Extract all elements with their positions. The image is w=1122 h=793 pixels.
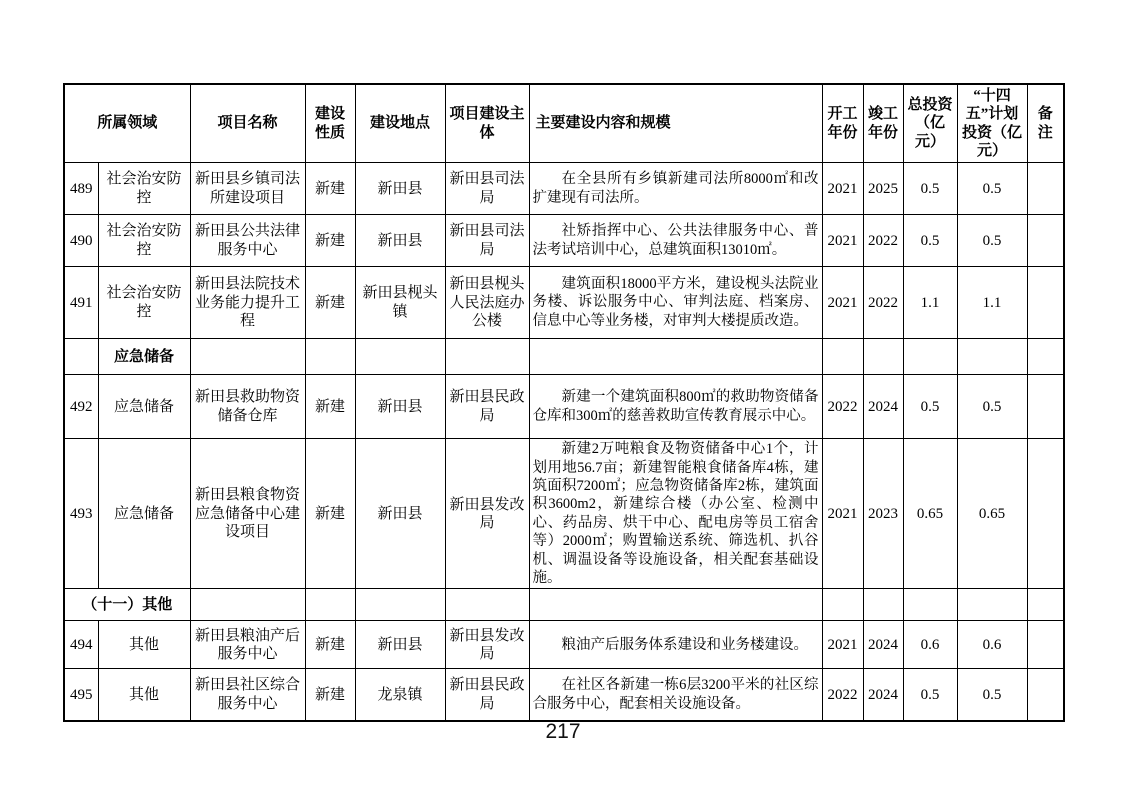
cell-start-year: 2021 — [822, 215, 863, 267]
cell-no: 492 — [64, 375, 98, 439]
project-table: 所属领域 项目名称 建设性质 建设地点 项目建设主体 主要建设内容和规模 开工年… — [63, 83, 1065, 722]
cell-start-year — [822, 339, 863, 375]
col-header-content: 主要建设内容和规模 — [529, 84, 822, 163]
cell-field: 社会治安防控 — [98, 163, 190, 215]
cell-plan-investment: 0.5 — [957, 215, 1027, 267]
table-row: 494其他新田县粮油产后服务中心新建新田县新田县发改局粮油产后服务体系建设和业务… — [64, 621, 1064, 669]
cell-no — [64, 339, 98, 375]
cell-content: 在社区各新建一栋6层3200平米的社区综合服务中心，配套相关设施设备。 — [529, 669, 822, 721]
table-row: 490社会治安防控新田县公共法律服务中心新建新田县新田县司法局社矫指挥中心、公共… — [64, 215, 1064, 267]
cell-start-year: 2021 — [822, 439, 863, 589]
cell-project-name: 新田县粮油产后服务中心 — [190, 621, 305, 669]
cell-project-name — [190, 589, 305, 621]
cell-start-year: 2021 — [822, 621, 863, 669]
cell-nature: 新建 — [305, 669, 355, 721]
cell-no: 490 — [64, 215, 98, 267]
cell-nature: 新建 — [305, 163, 355, 215]
cell-nature: 新建 — [305, 439, 355, 589]
cell-entity — [445, 339, 529, 375]
cell-location: 新田县 — [355, 163, 445, 215]
cell-content: 社矫指挥中心、公共法律服务中心、普法考试培训中心，总建筑面积13010㎡。 — [529, 215, 822, 267]
table-row: 492应急储备新田县救助物资储备仓库新建新田县新田县民政局新建一个建筑面积800… — [64, 375, 1064, 439]
cell-start-year: 2021 — [822, 267, 863, 339]
col-header-field: 所属领域 — [64, 84, 190, 163]
cell-project-name: 新田县乡镇司法所建设项目 — [190, 163, 305, 215]
col-header-project-name: 项目名称 — [190, 84, 305, 163]
cell-total-investment — [903, 339, 957, 375]
cell-total-investment: 0.5 — [903, 669, 957, 721]
cell-remark — [1027, 439, 1064, 589]
cell-entity: 新田县民政局 — [445, 669, 529, 721]
cell-plan-investment — [957, 339, 1027, 375]
cell-entity: 新田县发改局 — [445, 621, 529, 669]
cell-plan-investment — [957, 589, 1027, 621]
cell-no: 494 — [64, 621, 98, 669]
cell-field: 社会治安防控 — [98, 215, 190, 267]
cell-total-investment: 1.1 — [903, 267, 957, 339]
cell-end-year: 2023 — [863, 439, 903, 589]
table-body: 489社会治安防控新田县乡镇司法所建设项目新建新田县新田县司法局在全县所有乡镇新… — [64, 163, 1064, 721]
cell-entity — [445, 589, 529, 621]
cell-content: 新建2万吨粮食及物资储备中心1个，计划用地56.7亩；新建智能粮食储备库4栋，建… — [529, 439, 822, 589]
header-row: 所属领域 项目名称 建设性质 建设地点 项目建设主体 主要建设内容和规模 开工年… — [64, 84, 1064, 163]
cell-remark — [1027, 375, 1064, 439]
cell-nature: 新建 — [305, 621, 355, 669]
col-header-entity: 项目建设主体 — [445, 84, 529, 163]
cell-start-year: 2021 — [822, 163, 863, 215]
cell-start-year — [822, 589, 863, 621]
cell-end-year — [863, 339, 903, 375]
cell-project-name: 新田县粮食物资应急储备中心建设项目 — [190, 439, 305, 589]
cell-field: 其他 — [98, 669, 190, 721]
cell-remark — [1027, 669, 1064, 721]
cell-content: 新建一个建筑面积800㎡的救助物资储备仓库和300㎡的慈善救助宣传教育展示中心。 — [529, 375, 822, 439]
document-page: 所属领域 项目名称 建设性质 建设地点 项目建设主体 主要建设内容和规模 开工年… — [0, 0, 1122, 793]
cell-nature: 新建 — [305, 375, 355, 439]
cell-end-year: 2024 — [863, 669, 903, 721]
cell-content: 在全县所有乡镇新建司法所8000㎡和改扩建现有司法所。 — [529, 163, 822, 215]
cell-remark — [1027, 163, 1064, 215]
cell-field: 社会治安防控 — [98, 267, 190, 339]
col-header-total-investment: 总投资（亿元） — [903, 84, 957, 163]
cell-content — [529, 589, 822, 621]
cell-nature: 新建 — [305, 267, 355, 339]
cell-total-investment: 0.5 — [903, 215, 957, 267]
table-row: 489社会治安防控新田县乡镇司法所建设项目新建新田县新田县司法局在全县所有乡镇新… — [64, 163, 1064, 215]
cell-no: 493 — [64, 439, 98, 589]
cell-nature: 新建 — [305, 215, 355, 267]
cell-remark — [1027, 215, 1064, 267]
cell-plan-investment: 0.6 — [957, 621, 1027, 669]
cell-field: 其他 — [98, 621, 190, 669]
cell-plan-investment: 0.65 — [957, 439, 1027, 589]
cell-end-year — [863, 589, 903, 621]
cell-entity: 新田县枧头人民法庭办公楼 — [445, 267, 529, 339]
col-header-start-year: 开工年份 — [822, 84, 863, 163]
cell-total-investment — [903, 589, 957, 621]
cell-location: 新田县 — [355, 621, 445, 669]
cell-project-name: 新田县法院技术业务能力提升工程 — [190, 267, 305, 339]
cell-plan-investment: 1.1 — [957, 267, 1027, 339]
cell-location: 新田县 — [355, 215, 445, 267]
cell-location: 龙泉镇 — [355, 669, 445, 721]
cell-location: 新田县枧头镇 — [355, 267, 445, 339]
table-row: 491社会治安防控新田县法院技术业务能力提升工程新建新田县枧头镇新田县枧头人民法… — [64, 267, 1064, 339]
cell-content — [529, 339, 822, 375]
col-header-end-year: 竣工年份 — [863, 84, 903, 163]
col-header-remark: 备注 — [1027, 84, 1064, 163]
cell-no: 495 — [64, 669, 98, 721]
cell-entity: 新田县司法局 — [445, 215, 529, 267]
cell-project-name — [190, 339, 305, 375]
col-header-nature: 建设性质 — [305, 84, 355, 163]
cell-plan-investment: 0.5 — [957, 669, 1027, 721]
col-header-location: 建设地点 — [355, 84, 445, 163]
cell-end-year: 2022 — [863, 267, 903, 339]
cell-location: 新田县 — [355, 439, 445, 589]
cell-total-investment: 0.5 — [903, 375, 957, 439]
cell-location — [355, 589, 445, 621]
cell-end-year: 2024 — [863, 621, 903, 669]
cell-field: 应急储备 — [98, 439, 190, 589]
cell-project-name: 新田县社区综合服务中心 — [190, 669, 305, 721]
cell-project-name: 新田县救助物资储备仓库 — [190, 375, 305, 439]
cell-remark — [1027, 621, 1064, 669]
col-header-plan-investment: “十四五”计划投资（亿元） — [957, 84, 1027, 163]
section-label: （十一）其他 — [64, 589, 190, 621]
cell-remark — [1027, 267, 1064, 339]
cell-content: 粮油产后服务体系建设和业务楼建设。 — [529, 621, 822, 669]
cell-end-year: 2024 — [863, 375, 903, 439]
cell-remark — [1027, 339, 1064, 375]
cell-plan-investment: 0.5 — [957, 375, 1027, 439]
cell-entity: 新田县发改局 — [445, 439, 529, 589]
section-row: （十一）其他 — [64, 589, 1064, 621]
cell-location — [355, 339, 445, 375]
cell-start-year: 2022 — [822, 669, 863, 721]
table-row: 495其他新田县社区综合服务中心新建龙泉镇新田县民政局在社区各新建一栋6层320… — [64, 669, 1064, 721]
cell-total-investment: 0.5 — [903, 163, 957, 215]
cell-total-investment: 0.65 — [903, 439, 957, 589]
cell-entity: 新田县民政局 — [445, 375, 529, 439]
cell-nature — [305, 339, 355, 375]
section-row: 应急储备 — [64, 339, 1064, 375]
section-label: 应急储备 — [98, 339, 190, 375]
cell-end-year: 2025 — [863, 163, 903, 215]
cell-field: 应急储备 — [98, 375, 190, 439]
cell-project-name: 新田县公共法律服务中心 — [190, 215, 305, 267]
table-row: 493应急储备新田县粮食物资应急储备中心建设项目新建新田县新田县发改局新建2万吨… — [64, 439, 1064, 589]
cell-nature — [305, 589, 355, 621]
cell-start-year: 2022 — [822, 375, 863, 439]
cell-no: 491 — [64, 267, 98, 339]
cell-end-year: 2022 — [863, 215, 903, 267]
cell-plan-investment: 0.5 — [957, 163, 1027, 215]
cell-total-investment: 0.6 — [903, 621, 957, 669]
cell-location: 新田县 — [355, 375, 445, 439]
cell-remark — [1027, 589, 1064, 621]
cell-no: 489 — [64, 163, 98, 215]
cell-entity: 新田县司法局 — [445, 163, 529, 215]
cell-content: 建筑面积18000平方米，建设枧头法院业务楼、诉讼服务中心、审判法庭、档案房、信… — [529, 267, 822, 339]
page-number: 217 — [63, 720, 1063, 744]
